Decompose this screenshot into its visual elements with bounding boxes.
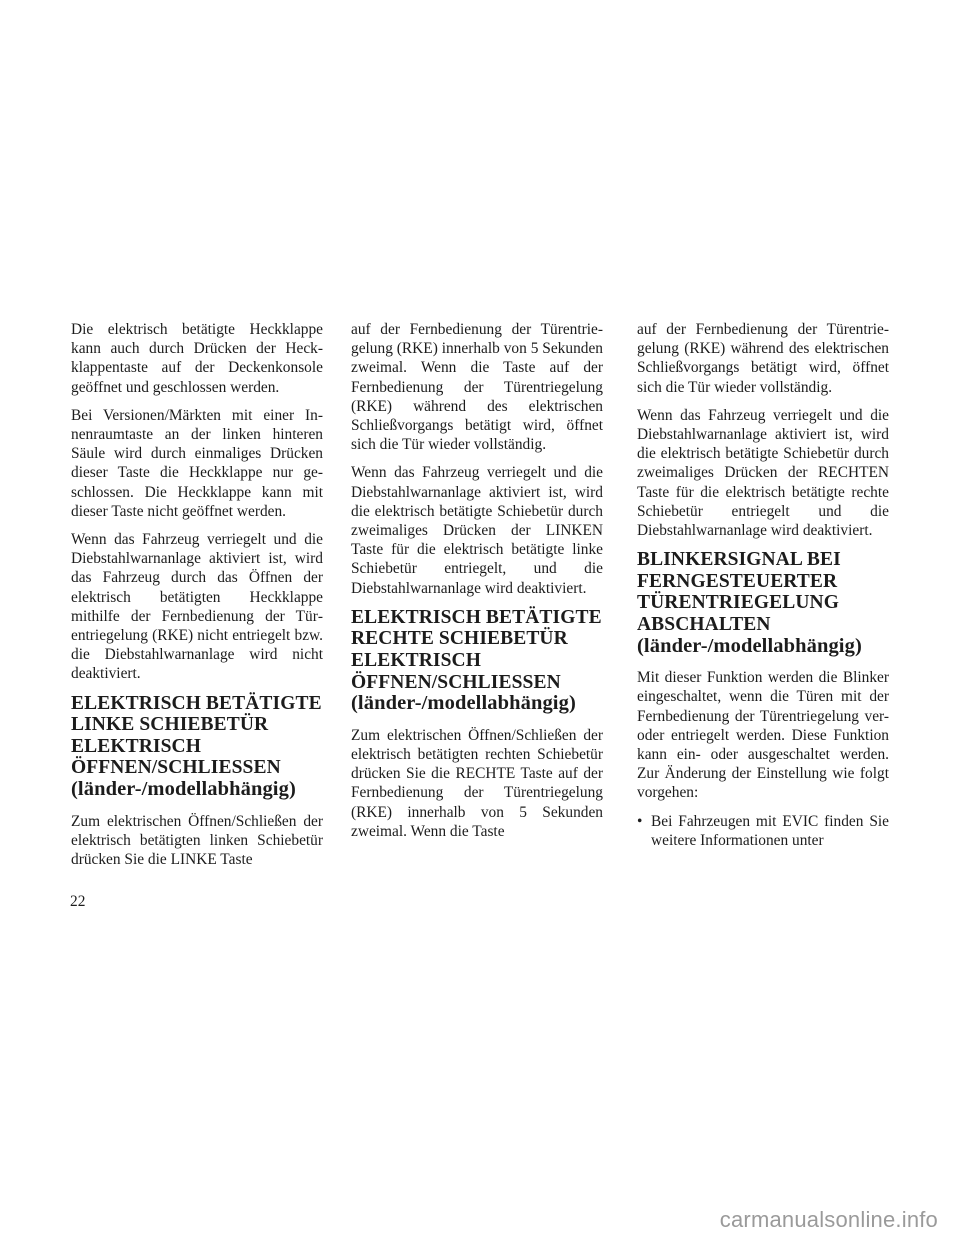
- list-item: • Bei Fahrzeugen mit EVIC finden Sie wei…: [637, 812, 889, 850]
- section-heading-flash-lights: BLINKERSIGNAL BEI FERNGESTEUERTER TÜRENT…: [637, 549, 889, 657]
- heading-line: LINKE SCHIEBETÜR: [71, 714, 323, 736]
- heading-line: ABSCHALTEN: [637, 614, 889, 636]
- heading-line: FERNGESTEUERTER: [637, 571, 889, 593]
- paragraph-left-door-operation: Zum elektrischen Öffnen/Schließen der el…: [71, 812, 323, 870]
- heading-line: ÖFFNEN/SCHLIESSEN: [71, 757, 323, 779]
- heading-line: ÖFFNEN/SCHLIESSEN: [351, 672, 603, 694]
- section-heading-right-sliding-door: ELEKTRISCH BETÄTIGTE RECHTE SCHIEBETÜR E…: [351, 607, 603, 715]
- bullet-icon: •: [637, 812, 642, 831]
- text-column-3: auf der Fernbedienung der Türentrie­gelu…: [637, 320, 889, 850]
- paragraph-right-door-operation: Zum elektrischen Öffnen/Schließen der el…: [351, 726, 603, 841]
- heading-subtitle: (länder-/modellabhängig): [71, 779, 323, 801]
- paragraph-right-door-rke: auf der Fernbedienung der Türentrie­gelu…: [637, 320, 889, 397]
- paragraph-alarm-tailgate: Wenn das Fahrzeug verriegelt und die Die…: [71, 530, 323, 684]
- paragraph-flash-lights-description: Mit dieser Funktion werden die Blin­ker …: [637, 668, 889, 802]
- paragraph-left-door-rke: auf der Fernbedienung der Türentrie­gelu…: [351, 320, 603, 454]
- heading-line: TÜRENTRIEGELUNG: [637, 592, 889, 614]
- heading-line: ELEKTRISCH BETÄTIGTE: [71, 693, 323, 715]
- heading-subtitle: (länder-/modellabhängig): [351, 693, 603, 715]
- paragraph-tailgate-overhead-console: Die elektrisch betätigte Heckklappe kann…: [71, 320, 323, 397]
- paragraph-right-door-alarm: Wenn das Fahrzeug verriegelt und die Die…: [637, 406, 889, 540]
- heading-subtitle: (länder-/modellabhängig): [637, 636, 889, 658]
- heading-line: RECHTE SCHIEBETÜR: [351, 628, 603, 650]
- page-number: 22: [70, 893, 85, 911]
- heading-line: ELEKTRISCH BETÄTIGTE: [351, 607, 603, 629]
- list-item-text: Bei Fahrzeugen mit EVIC finden Sie weite…: [651, 813, 889, 849]
- heading-line: BLINKERSIGNAL BEI: [637, 549, 889, 571]
- heading-line: ELEKTRISCH: [71, 736, 323, 758]
- paragraph-interior-button: Bei Versionen/Märkten mit einer In­nenra…: [71, 406, 323, 521]
- heading-line: ELEKTRISCH: [351, 650, 603, 672]
- section-heading-left-sliding-door: ELEKTRISCH BETÄTIGTE LINKE SCHIEBETÜR EL…: [71, 693, 323, 801]
- watermark-link[interactable]: carmanualsonline.info: [720, 1207, 938, 1233]
- bullet-list: • Bei Fahrzeugen mit EVIC finden Sie wei…: [637, 812, 889, 850]
- paragraph-left-door-alarm: Wenn das Fahrzeug verriegelt und die Die…: [351, 463, 603, 597]
- text-column-2: auf der Fernbedienung der Türentrie­gelu…: [351, 320, 603, 850]
- text-column-1: Die elektrisch betätigte Heckklappe kann…: [71, 320, 323, 878]
